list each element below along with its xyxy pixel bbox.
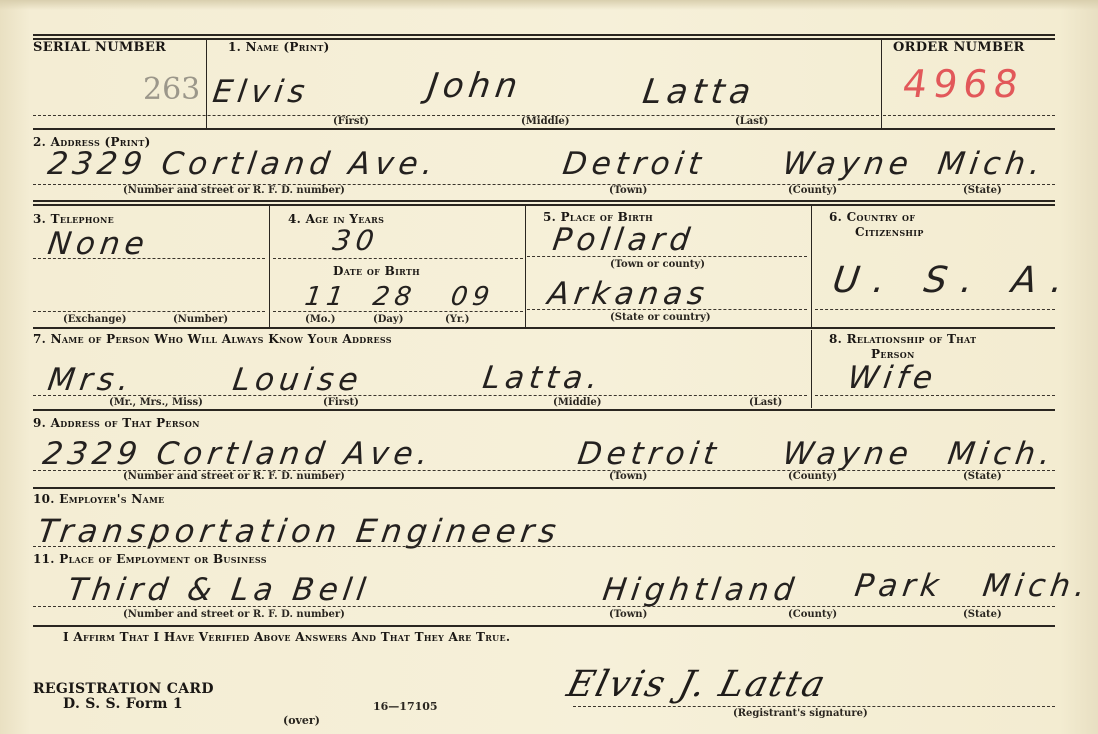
last-name-value: Latta: [640, 72, 758, 112]
rule: [33, 487, 1055, 489]
print-code: 16—17105: [373, 700, 438, 713]
contact-state-caption: (State): [963, 471, 1002, 482]
form-id: D. S. S. Form 1: [63, 696, 183, 712]
citizenship-label-2: Citizenship: [855, 225, 924, 239]
divider: [269, 206, 270, 328]
registration-card-title: REGISTRATION CARD: [33, 681, 214, 697]
employment-town-value: Hightland: [600, 572, 800, 608]
contact-first-caption: (First): [323, 397, 359, 408]
town-caption: (Town): [609, 185, 647, 196]
citizenship-label-1: 6. Country of: [829, 210, 915, 224]
dob-line: [273, 311, 523, 312]
divider: [811, 330, 812, 408]
employer-value: Transportation Engineers: [35, 512, 563, 550]
contact-line: [33, 395, 807, 396]
employment-county-caption: (County): [788, 609, 837, 620]
employment-county-value: Park: [852, 568, 945, 604]
birth-state-line: [527, 309, 807, 310]
middle-caption: (Middle): [521, 116, 569, 127]
employment-place-label: 11. Place of Employment or Business: [33, 552, 267, 566]
title-caption: (Mr., Mrs., Miss): [109, 397, 203, 408]
birth-town-value: Pollard: [550, 222, 696, 258]
contact-title-value: Mrs.: [45, 362, 136, 398]
rule: [33, 409, 1055, 411]
contact-street-value: 2329 Cortland Ave.: [40, 436, 435, 472]
state-or-country-caption: (State or country): [610, 312, 711, 323]
employer-line: [33, 546, 1055, 547]
contact-town-value: Detroit: [575, 436, 723, 472]
age-line: [273, 258, 523, 259]
order-number-label: ORDER NUMBER: [893, 40, 1025, 55]
dob-year-value: 09: [449, 282, 496, 312]
dob-day-value: 28: [371, 282, 418, 312]
order-line: [883, 115, 1055, 116]
contact-town-caption: (Town): [609, 471, 647, 482]
contact-state-value: Mich.: [945, 436, 1057, 472]
serial-number-label: SERIAL NUMBER: [33, 40, 166, 55]
signature-line: [573, 706, 1055, 707]
citizenship-line: [815, 309, 1055, 310]
signature-caption: (Registrant's signature): [733, 708, 868, 719]
exchange-caption: (Exchange): [63, 314, 127, 325]
contact-county-value: Wayne: [780, 436, 915, 472]
affirmation-text: I Affirm That I Have Verified Above Answ…: [63, 630, 510, 644]
employment-street-caption: (Number and street or R. F. D. number): [123, 609, 345, 620]
address-street-value: 2329 Cortland Ave.: [45, 146, 440, 182]
citizenship-value: U. S. A.: [830, 260, 1079, 301]
employment-line: [33, 606, 1055, 607]
relationship-value: Wife: [845, 360, 939, 396]
address-town-value: Detroit: [560, 146, 708, 182]
rule: [33, 200, 1055, 202]
telephone-line: [33, 258, 265, 259]
employment-town-caption: (Town): [609, 609, 647, 620]
year-caption: (Yr.): [445, 314, 469, 325]
dob-label: Date of Birth: [333, 264, 420, 278]
first-name-value: Elvis: [210, 74, 311, 110]
county-caption: (County): [788, 185, 837, 196]
rule: [33, 327, 1055, 329]
contact-street-caption: (Number and street or R. F. D. number): [123, 471, 345, 482]
serial-number-value: 263: [143, 72, 200, 107]
divider: [881, 38, 882, 128]
contact-last-caption: (Last): [749, 397, 782, 408]
middle-name-value: John: [425, 66, 525, 106]
employment-state-caption: (State): [963, 609, 1002, 620]
street-caption: (Number and street or R. F. D. number): [123, 185, 345, 196]
age-value: 30: [331, 224, 381, 257]
telephone-line-2: [33, 311, 265, 312]
registrant-signature: Elvis J. Latta: [563, 664, 831, 705]
over-note: (over): [283, 714, 320, 727]
rule: [33, 625, 1055, 627]
order-number-value: 4968: [900, 62, 1027, 106]
relationship-label-2: Person: [871, 347, 915, 361]
registration-card: SERIAL NUMBER 263 1. Name (Print) Elvis …: [0, 0, 1098, 734]
rule: [33, 128, 1055, 130]
address-state-value: Mich.: [935, 146, 1047, 182]
birth-town-line: [527, 256, 807, 257]
top-rule: [33, 34, 1055, 36]
draft-form: SERIAL NUMBER 263 1. Name (Print) Elvis …: [33, 34, 1055, 734]
birth-state-value: Arkanas: [545, 276, 711, 312]
contact-middle-value: Latta.: [480, 360, 604, 396]
divider: [525, 206, 526, 328]
telephone-label: 3. Telephone: [33, 212, 114, 226]
relationship-line: [815, 395, 1055, 396]
last-caption: (Last): [735, 116, 768, 127]
telephone-value: None: [45, 226, 151, 262]
contact-label: 7. Name of Person Who Will Always Know Y…: [33, 332, 392, 346]
employment-street-value: Third & La Bell: [65, 572, 372, 608]
number-caption: (Number): [173, 314, 228, 325]
employment-state-value: Mich.: [980, 568, 1092, 604]
address-county-value: Wayne: [780, 146, 915, 182]
first-caption: (First): [333, 116, 369, 127]
town-or-county-caption: (Town or county): [610, 259, 705, 270]
day-caption: (Day): [373, 314, 403, 325]
name-label: 1. Name (Print): [228, 40, 330, 54]
contact-address-label: 9. Address of That Person: [33, 416, 200, 430]
state-caption: (State): [963, 185, 1002, 196]
contact-county-caption: (County): [788, 471, 837, 482]
month-caption: (Mo.): [305, 314, 336, 325]
employer-label: 10. Employer's Name: [33, 492, 165, 506]
divider: [811, 206, 812, 328]
contact-middle-caption: (Middle): [553, 397, 601, 408]
relationship-label-1: 8. Relationship of That: [829, 332, 976, 346]
contact-first-value: Louise: [230, 362, 365, 398]
dob-month-value: 11: [303, 282, 350, 312]
